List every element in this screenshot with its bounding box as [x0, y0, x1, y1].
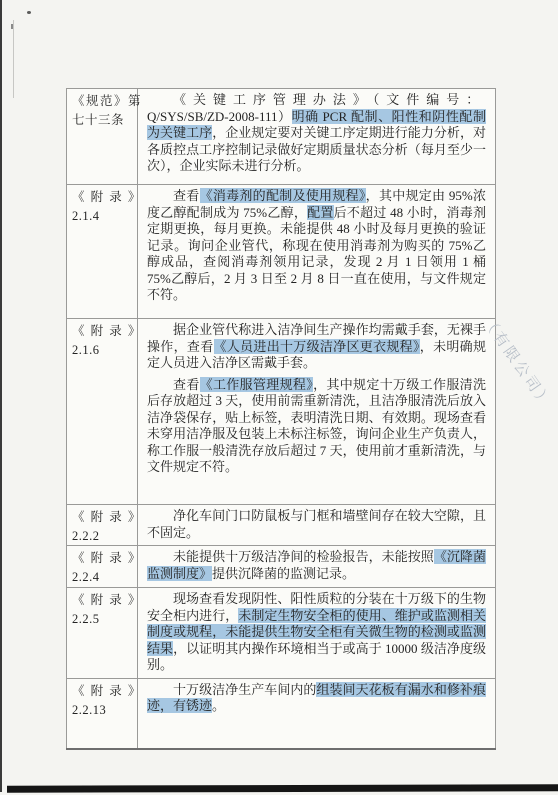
table-row: 《 附 录 》2.2.5现场查看发现阴性、阳性质粒的分装在十万级下的生物安全柜内… [67, 588, 496, 679]
ref-cell: 《 附 录 》2.2.5 [67, 588, 138, 679]
finding-paragraph: 现场查看发现阴性、阳性质粒的分装在十万级下的生物安全柜内进行，未制定生物安全柜的… [147, 591, 486, 674]
finding-text: 净化车间门口防鼠板与门框和墙壁间存在较大空隙，且不固定。 [147, 508, 486, 540]
ref-clause-number: 2.2.5 [72, 611, 136, 628]
table-row: 《 附 录 》2.1.4查看《消毒剂的配制及使用规程》，其中规定由 95%浓度乙… [67, 185, 496, 319]
ref-cell: 《 附 录 》2.2.4 [67, 546, 138, 588]
scan-speck [27, 11, 31, 14]
table-row: 《 附 录 》2.2.13十万级洁净生产车间内的组装间天花板有漏水和修补痕迹，有… [67, 678, 496, 749]
finding-paragraph: 净化车间门口防鼠板与门框和墙壁间存在较大空隙，且不固定。 [147, 508, 486, 541]
ref-cell: 《规范》第七十三条 [67, 89, 138, 185]
ref-clause-number: 七十三条 [72, 112, 136, 129]
finding-paragraph: 《关键工序管理办法》（文件编号：Q/SYS/SB/ZD-2008-111）明确 … [147, 92, 486, 175]
ref-cell: 《 附 录 》2.2.2 [67, 505, 138, 546]
ref-clause-number: 2.2.13 [72, 702, 136, 719]
finding-paragraph: 十万级洁净生产车间内的组装间天花板有漏水和修补痕迹，有锈迹。 [147, 682, 486, 715]
finding-text: 未能提供十万级洁净间的检验报告，未能按照 [173, 549, 434, 564]
ref-cell: 《 附 录 》2.1.4 [67, 185, 138, 319]
table-row: 《 附 录 》2.2.2净化车间门口防鼠板与门框和墙壁间存在较大空隙，且不固定。 [67, 505, 496, 546]
scan-left-edge [0, 0, 2, 792]
ref-cell: 《 附 录 》2.1.6 [67, 319, 138, 505]
ref-source-label: 《 附 录 》 [72, 509, 136, 526]
findings-table-body: 《规范》第七十三条《关键工序管理办法》（文件编号：Q/SYS/SB/ZD-200… [67, 89, 496, 749]
highlight-mark: 《人员进出十万级洁净区更衣规程》 [214, 339, 420, 354]
finding-cell: 净化车间门口防鼠板与门框和墙壁间存在较大空隙，且不固定。 [138, 505, 496, 546]
finding-cell: 查看《消毒剂的配制及使用规程》，其中规定由 95%浓度乙醇配制成为 75%乙醇，… [138, 185, 496, 319]
ref-source-label: 《 附 录 》 [72, 683, 136, 700]
highlight-mark: 配置 [307, 205, 334, 220]
finding-text: Q/SYS/SB/ZD-2008-111） [147, 109, 292, 124]
ref-source-label: 《 附 录 》 [72, 550, 136, 567]
finding-paragraph: 未能提供十万级洁净间的检验报告，未能按照《沉降菌监测制度》提供沉降菌的监测记录。 [147, 549, 486, 582]
finding-paragraph: 据企业管代称进入洁净间生产操作均需戴手套，无裸手操作，查看《人员进出十万级洁净区… [147, 322, 486, 372]
ref-clause-number: 2.1.6 [72, 342, 136, 359]
table-row: 《 附 录 》2.1.6据企业管代称进入洁净间生产操作均需戴手套，无裸手操作，查… [67, 319, 496, 505]
highlight-mark: 《消毒剂的配制及使用规程》 [200, 188, 366, 203]
ref-cell: 《 附 录 》2.2.13 [67, 678, 138, 749]
finding-cell: 《关键工序管理办法》（文件编号：Q/SYS/SB/ZD-2008-111）明确 … [138, 89, 496, 185]
ref-source-label: 《 附 录 》 [72, 592, 136, 609]
finding-paragraph: 查看《消毒剂的配制及使用规程》，其中规定由 95%浓度乙醇配制成为 75%乙醇，… [147, 188, 486, 304]
finding-text: 查看 [173, 188, 200, 203]
ref-source-label: 《 附 录 》 [72, 323, 136, 340]
finding-text: 《关键工序管理办法》（文件编号： [173, 92, 486, 107]
inspection-findings-table: 《规范》第七十三条《关键工序管理办法》（文件编号：Q/SYS/SB/ZD-200… [66, 88, 496, 750]
finding-paragraph: 查看《工作服管理规程》，其中规定十万级工作服清洗后存放超过 3 天，使用前需重新… [147, 377, 486, 476]
finding-text: 提供沉降菌的监测记录。 [212, 566, 355, 581]
scan-bottom-edge [7, 784, 558, 792]
ref-source-label: 《规范》第 [72, 93, 136, 110]
table-row: 《规范》第七十三条《关键工序管理办法》（文件编号：Q/SYS/SB/ZD-200… [67, 89, 496, 185]
finding-cell: 现场查看发现阴性、阳性质粒的分装在十万级下的生物安全柜内进行，未制定生物安全柜的… [138, 588, 496, 679]
finding-cell: 未能提供十万级洁净间的检验报告，未能按照《沉降菌监测制度》提供沉降菌的监测记录。 [138, 546, 496, 588]
finding-text: 查看 [173, 377, 200, 392]
ref-clause-number: 2.2.2 [72, 528, 136, 545]
finding-cell: 十万级洁净生产车间内的组装间天花板有漏水和修补痕迹，有锈迹。 [138, 678, 496, 749]
page-edge-shadow [13, 20, 14, 98]
finding-text: 十万级洁净生产车间内的 [173, 682, 316, 697]
finding-text: ，以证明其内操作环境相当于或高于 10000 级洁净度级别。 [147, 641, 486, 673]
ref-clause-number: 2.1.4 [72, 208, 136, 225]
ref-clause-number: 2.2.4 [72, 569, 136, 586]
table-row: 《 附 录 》2.2.4未能提供十万级洁净间的检验报告，未能按照《沉降菌监测制度… [67, 546, 496, 588]
finding-cell: 据企业管代称进入洁净间生产操作均需戴手套，无裸手操作，查看《人员进出十万级洁净区… [138, 319, 496, 505]
finding-text: 。 [212, 698, 225, 713]
ref-source-label: 《 附 录 》 [72, 189, 136, 206]
highlight-mark: 《工作服管理规程》 [200, 377, 313, 392]
